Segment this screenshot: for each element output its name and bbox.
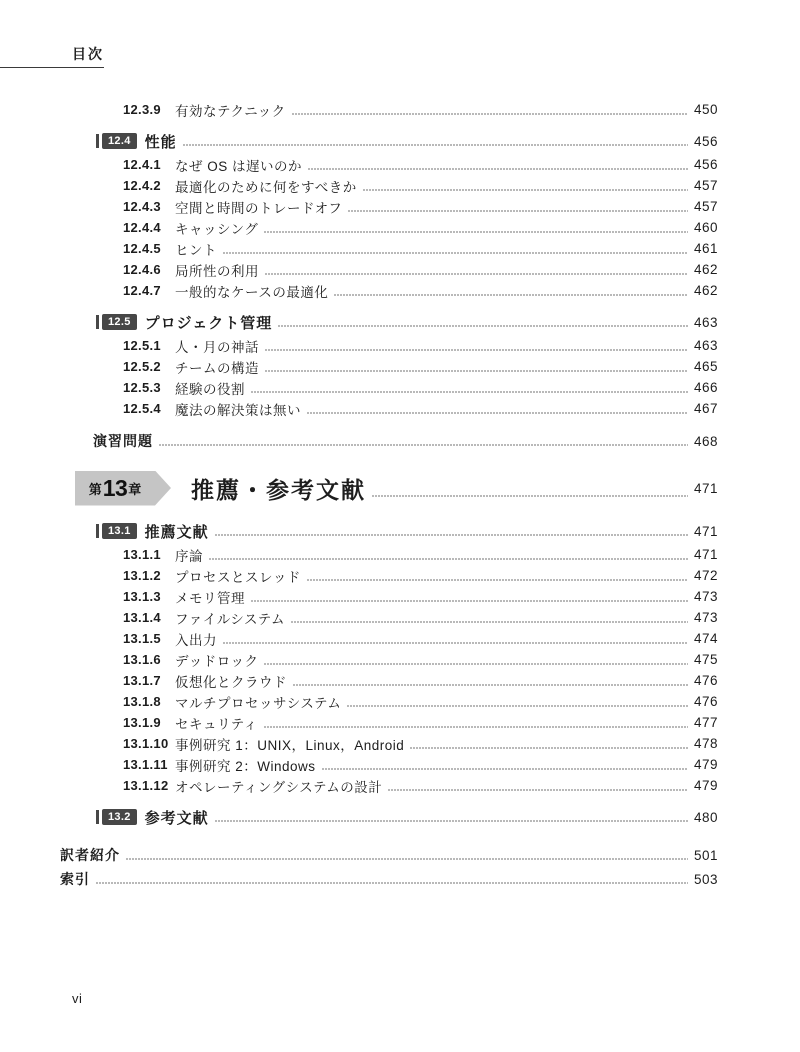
entry-number: 13.1.2 bbox=[123, 568, 169, 583]
toc-entry: 12.5.3経験の役割466 bbox=[123, 377, 718, 398]
entry-title: 推薦文献 bbox=[145, 521, 209, 542]
entry-page: 480 bbox=[694, 810, 718, 825]
entry-page: 457 bbox=[694, 199, 718, 214]
header-rule bbox=[0, 67, 104, 68]
entry-page: 462 bbox=[694, 262, 718, 277]
entry-page: 479 bbox=[694, 778, 718, 793]
chapter-badge-number: 13 bbox=[103, 475, 128, 502]
entry-title: 空間と時間のトレードオフ bbox=[175, 197, 342, 217]
entry-page: 466 bbox=[694, 380, 718, 395]
entry-page: 473 bbox=[694, 589, 718, 604]
entry-title: キャッシング bbox=[175, 218, 258, 238]
entry-page: 456 bbox=[694, 157, 718, 172]
entry-page: 476 bbox=[694, 694, 718, 709]
entry-number: 12.4.3 bbox=[123, 199, 169, 214]
entry-title: 序論 bbox=[175, 545, 203, 565]
entry-page: 460 bbox=[694, 220, 718, 235]
toc-entry: 13.1推薦文献471 bbox=[96, 518, 718, 544]
entry-title: 推薦・参考文献 bbox=[191, 472, 366, 505]
dotted-leader-icon bbox=[265, 273, 688, 275]
chapter-badge-prefix: 第 bbox=[89, 479, 102, 498]
dotted-leader-icon bbox=[223, 642, 688, 644]
entry-number: 12.4.1 bbox=[123, 157, 169, 172]
entry-title: 入出力 bbox=[175, 629, 217, 649]
toc-entry: 演習問題468 bbox=[93, 429, 718, 453]
chapter-badge-suffix: 章 bbox=[128, 479, 141, 498]
entry-page: 471 bbox=[694, 547, 718, 562]
entry-title: プロセスとスレッド bbox=[175, 566, 301, 586]
entry-title: 訳者紹介 bbox=[60, 845, 120, 865]
section-tick-icon bbox=[96, 315, 99, 329]
toc-entry: 13.1.8マルチプロセッサシステム476 bbox=[123, 691, 718, 712]
toc-entry: 13.1.7仮想化とクラウド476 bbox=[123, 670, 718, 691]
dotted-leader-icon bbox=[388, 789, 688, 791]
dotted-leader-icon bbox=[183, 144, 688, 146]
entry-page: 471 bbox=[694, 524, 718, 539]
entry-page: 478 bbox=[694, 736, 718, 751]
dotted-leader-icon bbox=[348, 210, 688, 212]
entry-page: 474 bbox=[694, 631, 718, 646]
entry-title: 索引 bbox=[60, 869, 90, 889]
dotted-leader-icon bbox=[307, 412, 688, 414]
entry-number: 13.1.10 bbox=[123, 736, 169, 751]
toc-entry: 13.1.9セキュリティ477 bbox=[123, 712, 718, 733]
section-number-badge: 12.5 bbox=[102, 314, 137, 330]
section-number-badge: 13.1 bbox=[102, 523, 137, 539]
entry-title: プロジェクト管理 bbox=[145, 312, 273, 333]
dotted-leader-icon bbox=[96, 882, 688, 884]
entry-page: 467 bbox=[694, 401, 718, 416]
entry-page: 503 bbox=[694, 872, 718, 887]
toc-entry: 12.4性能456 bbox=[96, 128, 718, 154]
toc-entry: 訳者紹介501 bbox=[60, 844, 718, 866]
dotted-leader-icon bbox=[251, 391, 688, 393]
entry-number: 13.1.6 bbox=[123, 652, 169, 667]
dotted-leader-icon bbox=[293, 684, 688, 686]
section-tick-icon bbox=[96, 524, 99, 538]
toc-entry: 第13章推薦・参考文献471 bbox=[75, 466, 718, 510]
toc-entry: 12.4.7一般的なケースの最適化462 bbox=[123, 280, 718, 301]
entry-title: 事例研究 2：Windows bbox=[175, 755, 316, 775]
entry-number: 12.4.7 bbox=[123, 283, 169, 298]
entry-page: 477 bbox=[694, 715, 718, 730]
toc-entry: 12.5プロジェクト管理463 bbox=[96, 309, 718, 335]
toc-entry: 13.2参考文献480 bbox=[96, 804, 718, 830]
toc-entry: 13.1.11事例研究 2：Windows479 bbox=[123, 754, 718, 775]
dotted-leader-icon bbox=[308, 168, 688, 170]
dotted-leader-icon bbox=[223, 252, 688, 254]
entry-page: 463 bbox=[694, 315, 718, 330]
entry-title: 仮想化とクラウド bbox=[175, 671, 287, 691]
entry-number: 13.1.11 bbox=[123, 757, 169, 772]
section-tick-icon bbox=[96, 810, 99, 824]
toc-entry: 12.5.1人・月の神話463 bbox=[123, 335, 718, 356]
toc-header-label: 目次 bbox=[72, 44, 104, 64]
entry-title: セキュリティ bbox=[175, 713, 258, 733]
toc-entry: 12.4.2最適化のために何をすべきか457 bbox=[123, 175, 718, 196]
entry-number: 12.3.9 bbox=[123, 102, 169, 117]
dotted-leader-icon bbox=[347, 705, 688, 707]
entry-page: 461 bbox=[694, 241, 718, 256]
entry-page: 462 bbox=[694, 283, 718, 298]
entry-page: 465 bbox=[694, 359, 718, 374]
dotted-leader-icon bbox=[410, 747, 688, 749]
entry-title: 魔法の解決策は無い bbox=[175, 399, 301, 419]
toc-entry: 12.4.6局所性の利用462 bbox=[123, 259, 718, 280]
entry-number: 12.5.3 bbox=[123, 380, 169, 395]
toc-entry: 12.4.4キャッシング460 bbox=[123, 217, 718, 238]
entry-title: 性能 bbox=[145, 131, 177, 152]
toc-entry: 12.4.1なぜ OS は遅いのか456 bbox=[123, 154, 718, 175]
entry-title: 演習問題 bbox=[93, 431, 153, 451]
entry-number: 13.1.9 bbox=[123, 715, 169, 730]
entry-page: 450 bbox=[694, 102, 718, 117]
dotted-leader-icon bbox=[292, 113, 688, 115]
toc-entry: 13.1.1序論471 bbox=[123, 544, 718, 565]
entry-title: 人・月の神話 bbox=[175, 336, 259, 356]
entry-page: 471 bbox=[694, 481, 718, 496]
toc-entry: 13.1.6デッドロック475 bbox=[123, 649, 718, 670]
entry-title: 事例研究 1：UNIX，Linux，Android bbox=[175, 734, 404, 754]
entry-title: なぜ OS は遅いのか bbox=[175, 155, 302, 175]
entry-number: 13.1.8 bbox=[123, 694, 169, 709]
dotted-leader-icon bbox=[307, 579, 688, 581]
entry-page: 501 bbox=[694, 848, 718, 863]
entry-title: チームの構造 bbox=[175, 357, 259, 377]
entry-page: 468 bbox=[694, 434, 718, 449]
entry-title: オペレーティングシステムの設計 bbox=[175, 776, 382, 796]
entry-page: 473 bbox=[694, 610, 718, 625]
toc-entry: 13.1.3メモリ管理473 bbox=[123, 586, 718, 607]
entry-page: 457 bbox=[694, 178, 718, 193]
dotted-leader-icon bbox=[291, 621, 688, 623]
entry-title: 最適化のために何をすべきか bbox=[175, 176, 357, 196]
entry-number: 12.5.1 bbox=[123, 338, 169, 353]
dotted-leader-icon bbox=[334, 294, 688, 296]
dotted-leader-icon bbox=[278, 325, 688, 327]
entry-number: 13.1.4 bbox=[123, 610, 169, 625]
entry-number: 13.1.5 bbox=[123, 631, 169, 646]
dotted-leader-icon bbox=[215, 820, 688, 822]
entry-page: 476 bbox=[694, 673, 718, 688]
page-number-footer: vi bbox=[72, 991, 82, 1006]
entry-number: 13.1.1 bbox=[123, 547, 169, 562]
entry-number: 12.4.2 bbox=[123, 178, 169, 193]
dotted-leader-icon bbox=[264, 231, 688, 233]
dotted-leader-icon bbox=[265, 370, 688, 372]
dotted-leader-icon bbox=[363, 189, 688, 191]
entry-title: ヒント bbox=[175, 239, 217, 259]
toc-entry: 12.5.4魔法の解決策は無い467 bbox=[123, 398, 718, 419]
entry-page: 463 bbox=[694, 338, 718, 353]
entry-page: 479 bbox=[694, 757, 718, 772]
toc-entry: 12.4.5ヒント461 bbox=[123, 238, 718, 259]
entry-title: 有効なテクニック bbox=[175, 100, 286, 120]
entry-page: 475 bbox=[694, 652, 718, 667]
entry-title: 経験の役割 bbox=[175, 378, 245, 398]
toc-entry: 13.1.2プロセスとスレッド472 bbox=[123, 565, 718, 586]
entry-number: 12.4.6 bbox=[123, 262, 169, 277]
toc-entry: 12.3.9有効なテクニック450 bbox=[123, 99, 718, 120]
dotted-leader-icon bbox=[126, 858, 688, 860]
entry-number: 13.1.3 bbox=[123, 589, 169, 604]
entry-title: 局所性の利用 bbox=[175, 260, 259, 280]
entry-number: 12.5.2 bbox=[123, 359, 169, 374]
section-tick-icon bbox=[96, 134, 99, 148]
entry-page: 472 bbox=[694, 568, 718, 583]
entry-title: デッドロック bbox=[175, 650, 258, 670]
entry-number: 12.4.5 bbox=[123, 241, 169, 256]
toc-entry: 12.4.3空間と時間のトレードオフ457 bbox=[123, 196, 718, 217]
dotted-leader-icon bbox=[264, 663, 688, 665]
dotted-leader-icon bbox=[215, 534, 688, 536]
section-number-badge: 13.2 bbox=[102, 809, 137, 825]
toc-entry: 13.1.5入出力474 bbox=[123, 628, 718, 649]
dotted-leader-icon bbox=[159, 444, 688, 446]
entry-number: 13.1.12 bbox=[123, 778, 169, 793]
dotted-leader-icon bbox=[265, 349, 688, 351]
entry-title: メモリ管理 bbox=[175, 587, 245, 607]
dotted-leader-icon bbox=[372, 495, 688, 497]
entry-title: ファイルシステム bbox=[175, 608, 285, 628]
toc-entry: 索引503 bbox=[60, 868, 718, 890]
toc-entry: 13.1.4ファイルシステム473 bbox=[123, 607, 718, 628]
dotted-leader-icon bbox=[322, 768, 688, 770]
toc-entry: 13.1.10事例研究 1：UNIX，Linux，Android478 bbox=[123, 733, 718, 754]
dotted-leader-icon bbox=[209, 558, 688, 560]
entry-title: 一般的なケースの最適化 bbox=[175, 281, 328, 301]
entry-number: 12.5.4 bbox=[123, 401, 169, 416]
entry-page: 456 bbox=[694, 134, 718, 149]
entry-title: マルチプロセッサシステム bbox=[175, 692, 341, 712]
entry-number: 12.4.4 bbox=[123, 220, 169, 235]
section-number-badge: 12.4 bbox=[102, 133, 137, 149]
dotted-leader-icon bbox=[264, 726, 688, 728]
toc-entry: 13.1.12オペレーティングシステムの設計479 bbox=[123, 775, 718, 796]
toc-list: 12.3.9有効なテクニック45012.4性能45612.4.1なぜ OS は遅… bbox=[60, 99, 718, 890]
entry-title: 参考文献 bbox=[145, 807, 209, 828]
dotted-leader-icon bbox=[251, 600, 688, 602]
chapter-arrow-badge: 第13章 bbox=[75, 471, 171, 506]
entry-number: 13.1.7 bbox=[123, 673, 169, 688]
toc-entry: 12.5.2チームの構造465 bbox=[123, 356, 718, 377]
